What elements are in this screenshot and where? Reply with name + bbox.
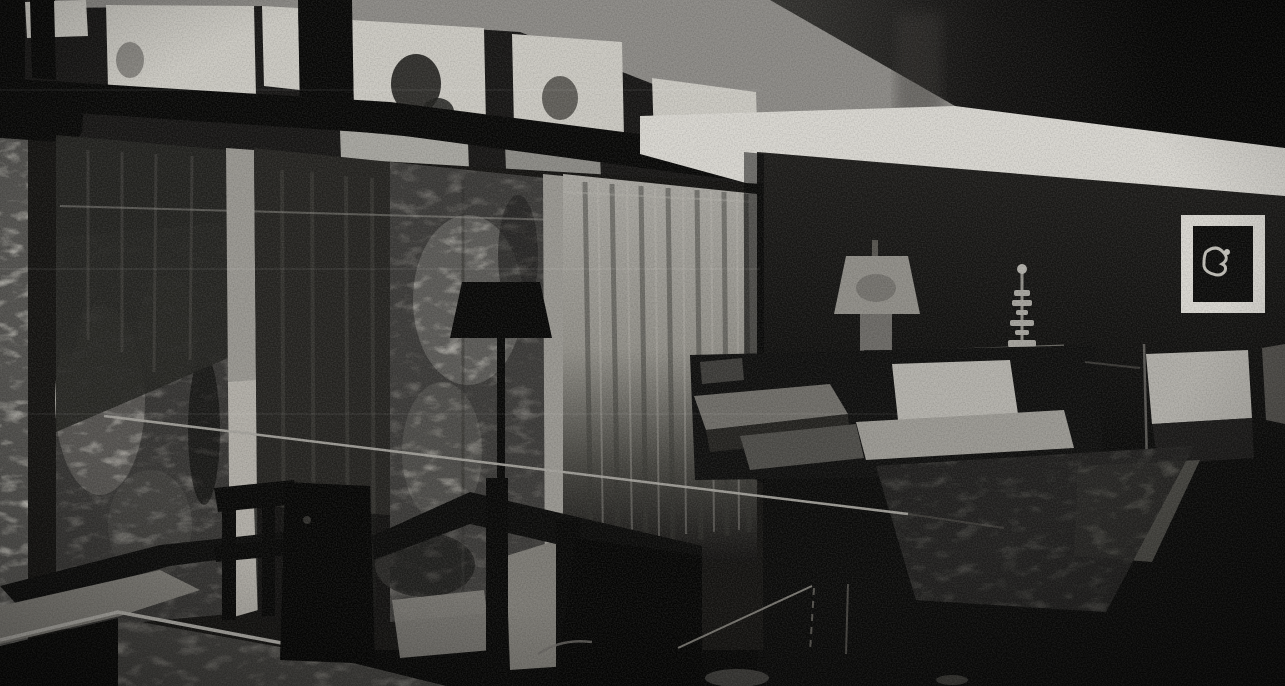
vignette xyxy=(0,0,1285,686)
grain-overlay xyxy=(0,0,1285,686)
halftone-photo xyxy=(0,0,1285,686)
photo-canvas xyxy=(0,0,1285,686)
